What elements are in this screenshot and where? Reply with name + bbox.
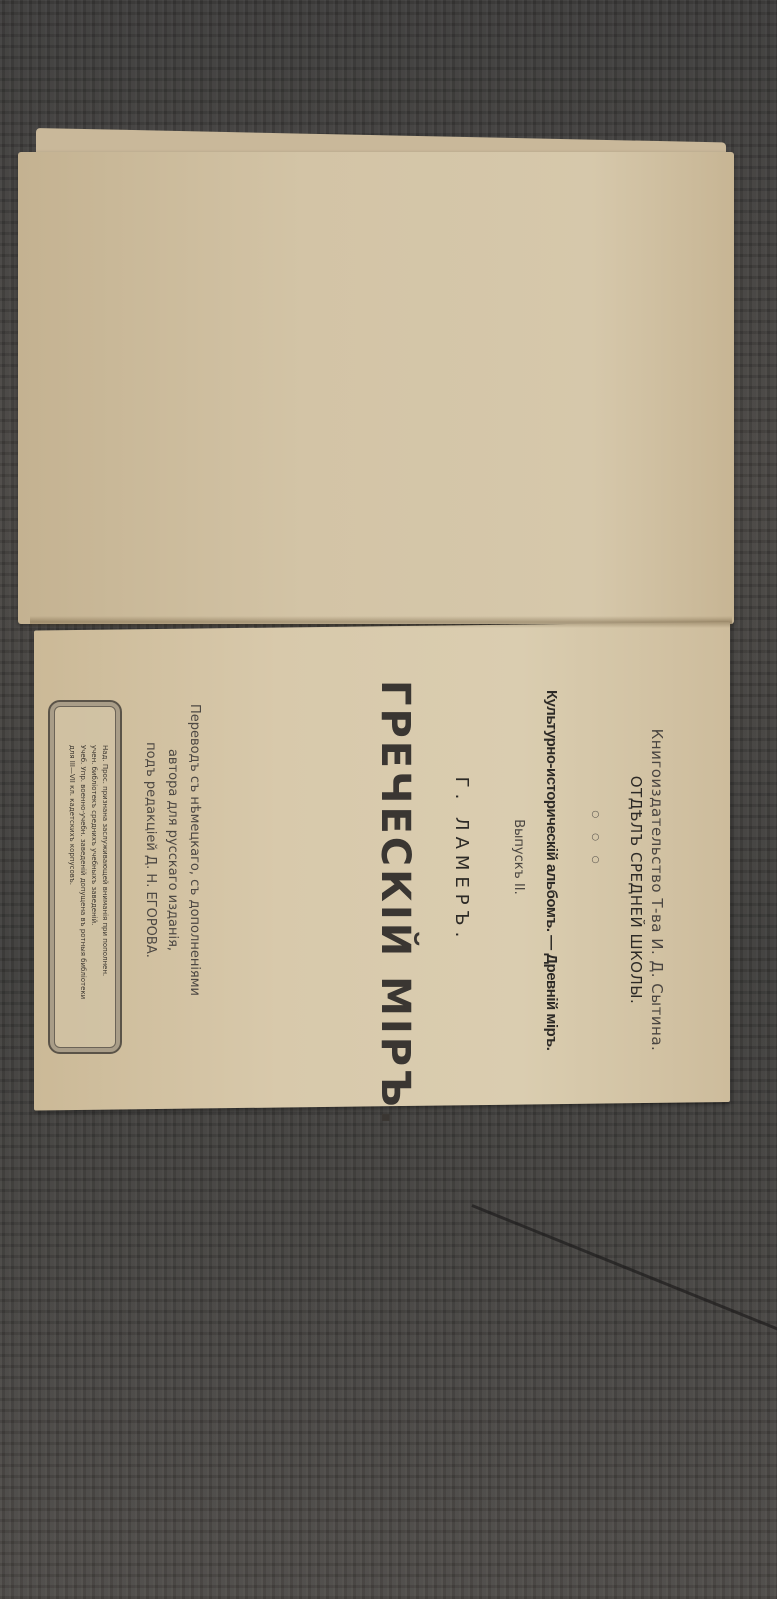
translation-line: Переводъ съ нѣмецкаго, съ дополненіями — [183, 700, 205, 1000]
wood-crack — [411, 1204, 777, 1479]
approval-stamp-text: Над. Прос. признана заслуживающей вниман… — [66, 745, 110, 1045]
publisher-line: Книгоиздательство Т-ва И. Д. Сытина. — [648, 690, 666, 1090]
issue-line: Выпускъ II. — [511, 812, 526, 902]
book-title: ГРЕЧЕСКІЙ МІРЪ. — [372, 680, 418, 1010]
stamp-line: Учеб. Упр. военно-учебн. заведеній допущ… — [77, 745, 88, 1045]
stamp-line: для III—VII кл. кадетскихъ корпусовъ. — [66, 745, 77, 1045]
book-gutter — [30, 616, 732, 628]
translation-credit: Переводъ съ нѣмецкаго, съ дополненіями а… — [139, 700, 205, 1000]
stamp-line: учен. библіотекъ среднихъ учебныхъ завед… — [88, 745, 99, 1045]
translation-line: подъ редакціей Д. Н. ЕГОРОВА. — [139, 700, 161, 1000]
department-line: ОТДѢЛЪ СРЕДНЕЙ ШКОЛЫ. — [627, 730, 645, 1050]
blank-left-page — [18, 152, 734, 624]
ornament-dots: ○ ○ ○ — [590, 810, 600, 870]
translation-line: автора для русскаго изданія, — [161, 700, 183, 1000]
series-line: Культурно-историческій альбомъ. — Древні… — [543, 690, 560, 1020]
stamp-line: Над. Прос. признана заслуживающей вниман… — [99, 745, 110, 1045]
author-line: Г. ЛАМЕРЪ. — [451, 740, 472, 980]
